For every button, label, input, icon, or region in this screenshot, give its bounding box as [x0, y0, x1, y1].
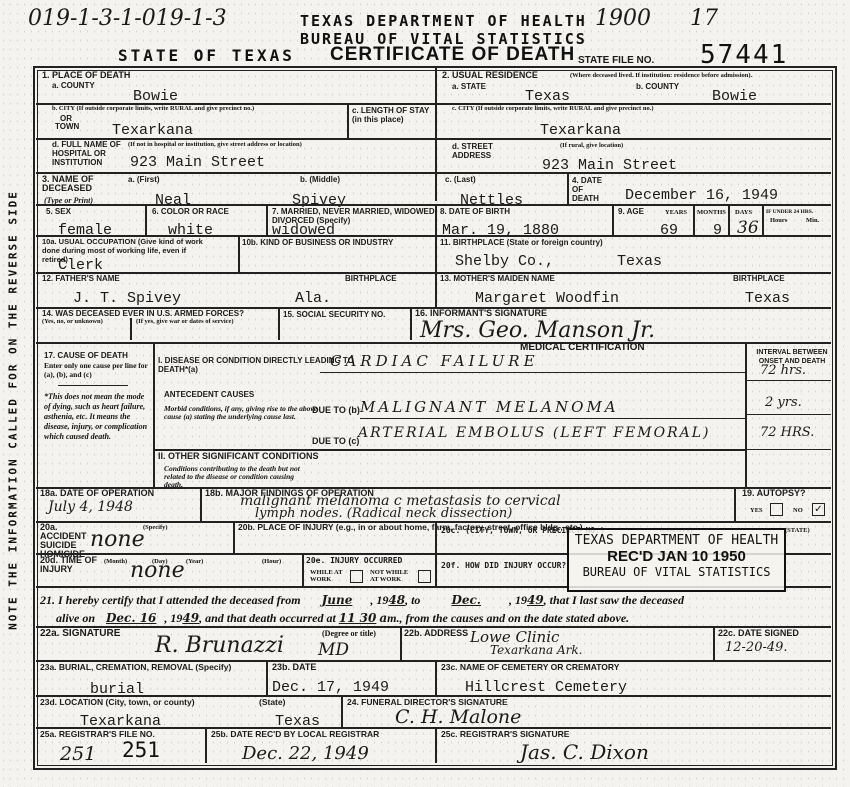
county-label: a. COUNTY: [52, 81, 95, 90]
received-stamp: TEXAS DEPARTMENT OF HEALTH REC'D JAN 10 …: [567, 528, 786, 592]
registrar-date-value: Dec. 22, 1949: [242, 743, 369, 764]
place-city-value: Texarkana: [112, 122, 193, 139]
state-file-label: STATE FILE NO.: [578, 56, 654, 65]
registrar-file-handwritten: 251: [60, 743, 96, 765]
cause-footnote: *This does not mean the mode of dying, s…: [44, 392, 149, 442]
mother-birthplace-value: Texas: [745, 290, 790, 307]
handwritten-number: 17: [690, 6, 718, 31]
while-at-work-checkbox[interactable]: [350, 570, 363, 583]
cemetery-value: Hillcrest Cemetery: [465, 679, 627, 696]
usual-residence-label: 2. USUAL RESIDENCE: [442, 71, 538, 80]
date-of-death-label: 4. DATE OF DEATH: [572, 176, 612, 203]
date-signed-value: 12-20-49.: [725, 640, 788, 655]
hospital-value: 923 Main Street: [130, 154, 265, 171]
operation-date-value: July 4, 1948: [48, 499, 133, 515]
handwritten-year: 1900: [595, 6, 651, 31]
injury-time-value: none: [130, 558, 185, 583]
medical-certification-heading: MEDICAL CERTIFICATION: [520, 343, 645, 352]
hospital-label: d. FULL NAME OF HOSPITAL OR INSTITUTION: [52, 140, 122, 167]
reverse-side-note: NOTE THE INFORMATION CALLED FOR ON THE R…: [2, 160, 24, 660]
dept-name: TEXAS DEPARTMENT OF HEALTH: [300, 12, 587, 30]
burial-date-value: Dec. 17, 1949: [272, 679, 389, 696]
cause-a-value: CARDIAC FAILURE: [330, 352, 539, 370]
interval-a-value: 72 hrs.: [760, 363, 806, 378]
registrar-signature: Jas. C. Dixon: [520, 740, 649, 764]
physician-signature: R. Brunazzi: [155, 633, 284, 658]
operation-findings-line2: lymph nodes. (Radical neck dissection): [255, 506, 512, 521]
physician-address-line2: Texarkana Ark.: [490, 643, 582, 657]
physician-degree: MD: [318, 640, 349, 660]
cause-b-value: MALIGNANT MELANOMA: [360, 398, 619, 416]
not-while-at-work-checkbox[interactable]: [418, 570, 431, 583]
name-label: 3. NAME OF DECEASED: [42, 175, 112, 193]
informant-signature: Mrs. Geo. Manson Jr.: [420, 318, 655, 343]
funeral-director-signature: C. H. Malone: [395, 706, 521, 728]
state-title: STATE OF TEXAS: [118, 46, 295, 65]
interval-b-value: 2 yrs.: [765, 395, 802, 410]
mother-name-value: Margaret Woodfin: [475, 290, 619, 307]
birthplace-county-value: Shelby Co.,: [455, 253, 554, 270]
certification-line1: 21. I hereby certify that I attended the…: [40, 593, 684, 608]
residence-city-value: Texarkana: [540, 122, 621, 139]
accident-value: none: [90, 527, 145, 552]
certificate-title: CERTIFICATE OF DEATH: [330, 44, 575, 66]
city-label: b. CITY (If outside corporate limits, wr…: [52, 105, 312, 112]
birthplace-state-value: Texas: [617, 253, 662, 270]
interval-c-value: 72 HRS.: [760, 425, 814, 440]
date-of-death-value: December 16, 1949: [625, 187, 778, 204]
length-of-stay-label: c. LENGTH OF STAY (in this place): [352, 106, 432, 124]
registrar-file-number: 251: [122, 738, 160, 762]
certification-line2: alive on Dec. 16, 1949, and that death o…: [56, 611, 629, 626]
cause-c-value: ARTERIAL EMBOLUS (LEFT FEMORAL): [358, 425, 710, 441]
place-of-death-label: 1. PLACE OF DEATH: [42, 71, 130, 80]
handwritten-file-code: 019-1-3-1-019-1-3: [28, 6, 227, 31]
father-birthplace-value: Ala.: [295, 290, 331, 307]
autopsy-yes-checkbox[interactable]: [770, 503, 783, 516]
father-name-value: J. T. Spivey: [73, 290, 181, 307]
autopsy-no-checkbox[interactable]: ✓: [812, 503, 825, 516]
